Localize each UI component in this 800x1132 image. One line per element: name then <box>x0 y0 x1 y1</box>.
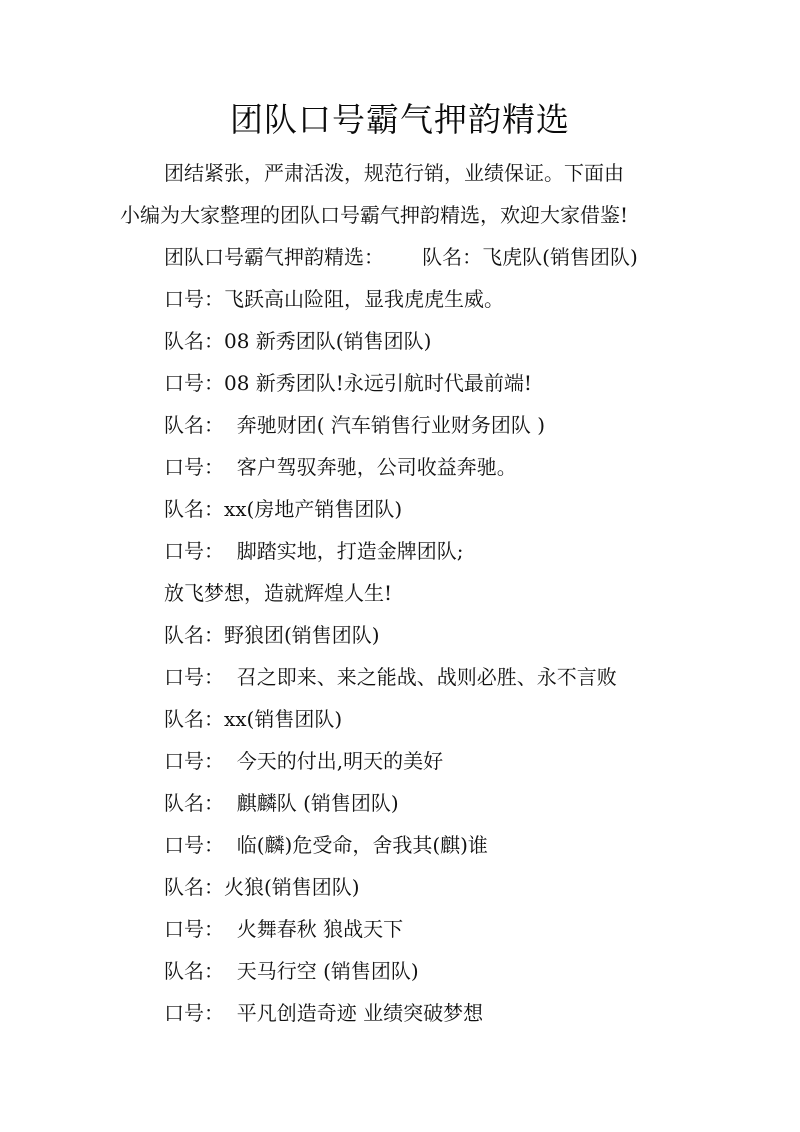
page-title: 团队口号霸气押韵精选 <box>0 96 800 144</box>
list-item: 放飞梦想，造就辉煌人生! <box>164 572 392 614</box>
list-item: 口号： 火舞春秋 狼战天下 <box>164 908 403 950</box>
list-item: 队名：火狼(销售团队) <box>164 866 360 908</box>
list-item: 队名：xx(销售团队) <box>164 698 342 740</box>
list-item: 口号： 召之即来、来之能战、战则必胜、永不言败 <box>164 656 617 698</box>
list-item: 队名： 麒麟队 (销售团队) <box>164 782 399 824</box>
list-item: 口号： 客户驾驭奔驰，公司收益奔驰。 <box>164 446 517 488</box>
list-item: 队名：08 新秀团队(销售团队) <box>164 320 431 362</box>
list-item: 队名： 天马行空 (销售团队) <box>164 950 419 992</box>
intro-paragraph-line-1: 团结紧张，严肃活泼，规范行销，业绩保证。下面由 <box>164 152 624 194</box>
list-item: 团队口号霸气押韵精选： 队名：飞虎队(销售团队) <box>164 236 638 278</box>
list-item: 口号： 脚踏实地，打造金牌团队; <box>164 530 463 572</box>
list-item: 口号：08 新秀团队!永远引航时代最前端! <box>164 362 532 404</box>
list-item: 口号： 临(麟)危受命，舍我其(麒)谁 <box>164 824 488 866</box>
list-item: 队名： 奔驰财团( 汽车销售行业财务团队 ) <box>164 404 545 446</box>
list-item: 口号： 今天的付出,明天的美好 <box>164 740 443 782</box>
list-item: 队名：xx(房地产销售团队) <box>164 488 402 530</box>
list-item: 口号： 平凡创造奇迹 业绩突破梦想 <box>164 992 483 1034</box>
intro-paragraph-line-2: 小编为大家整理的团队口号霸气押韵精选，欢迎大家借鉴! <box>120 194 628 236</box>
list-item: 口号：飞跃高山险阻，显我虎虎生威。 <box>164 278 504 320</box>
list-item: 队名：野狼团(销售团队) <box>164 614 380 656</box>
